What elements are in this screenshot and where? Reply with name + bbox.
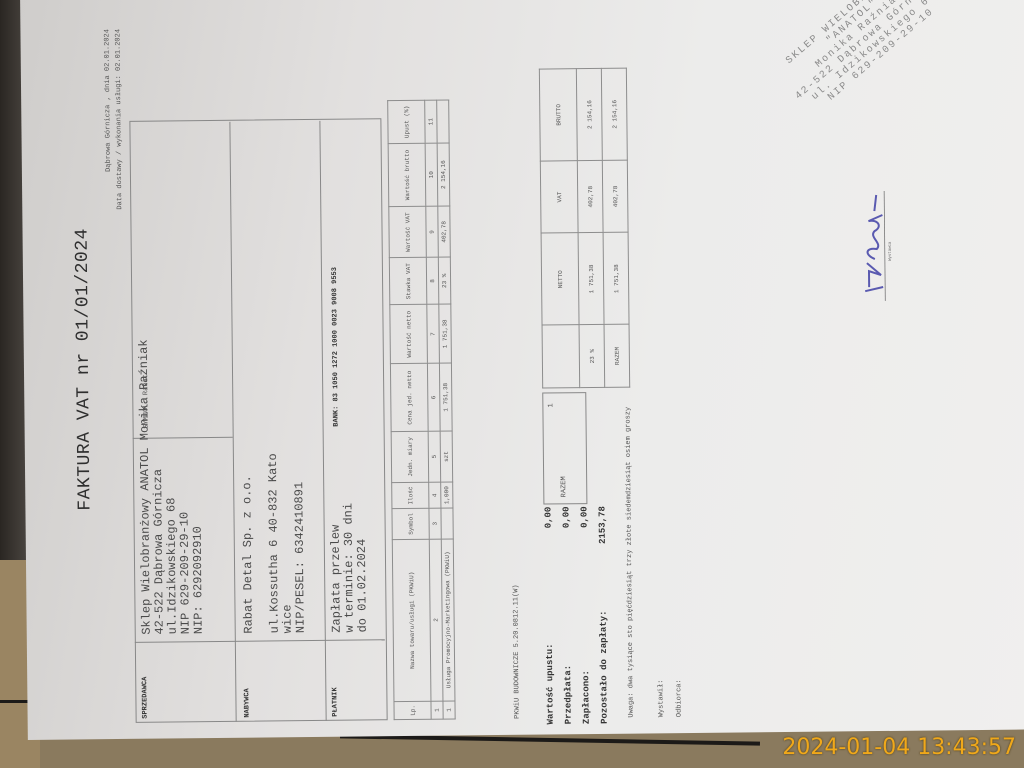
delivery-date: Data dostawy / wykonania usługi: 02.01.2… [113,29,126,210]
parties-label-column [135,639,386,723]
column-header: Symbol [392,509,429,540]
table-cell: szt [440,431,453,482]
column-header: BRUTTO [539,69,577,161]
pkwiu-note: PKWiU BUDOWNICZE 5.20.0812.11(W) [512,584,521,718]
column-number: 1 [431,701,443,719]
column-number: 10 [425,143,438,207]
invoice-paper: FAKTURA VAT nr 01/01/2024 Dąbrowa Górnic… [20,0,1024,740]
column-header: Ilość [392,482,429,509]
column-header: Lp. [394,701,431,719]
table-cell: 1 751,38 [439,363,452,431]
seller-label: SPRZEDAWCA [141,677,149,719]
column-header: Cena jed. netto [390,364,428,432]
column-header: Stawka VAT [389,258,426,305]
table-cell: 2 154,16 [576,68,602,160]
table-cell: 402,78 [577,160,603,233]
table-cell: 1 [443,701,455,719]
column-number: 9 [426,206,439,257]
column-number: 5 [428,431,441,482]
table-cell [441,508,453,539]
buyer-label: NABYWCA [243,688,251,717]
table-cell: 23 % [438,257,450,304]
column-number: 7 [427,304,440,363]
vat-left-box: RAZEM 1 [542,392,587,504]
totals-labels: Wartość upustu:Przedpłata:Zapłacono:Pozo… [545,610,618,724]
issuer-label: Wystawił: [657,679,665,717]
column-number: 4 [429,482,441,508]
totals-values: 0,000,000,002153,78 [543,506,615,545]
table-cell: 402,78 [602,160,628,233]
column-number: 6 [427,364,440,432]
payment-terms: Zapłata przeleww terminie: 30 dnido 01.0… [329,503,369,633]
seller-symbol: SYMBOL: Rabat [142,374,151,429]
recipient-label: Odbiorca: [675,679,683,717]
payer-label: PŁATNIK [331,687,339,716]
table-cell: 2 154,16 [601,68,627,160]
issue-metadata: Dąbrowa Górnicza , dnia 02.01.2024 Data … [102,29,126,210]
column-header: Jedn. miary [391,431,429,482]
column-header: NETTO [541,233,579,325]
table-cell [437,100,449,143]
table-cell: 1 751,38 [439,304,452,363]
column-header: Wartość brutto [388,143,426,207]
vat-summary-table: NETTOVATBRUTTO 23 %1 751,38402,782 154,1… [539,68,630,389]
column-header: Upust (%) [388,100,425,143]
column-header: Wartość VAT [389,207,427,258]
amount-in-words: Uwaga: dwa tysiące sto pięćdziesiąt trzy… [623,318,635,718]
table-cell: 1 751,38 [578,233,604,325]
photo-timestamp: 2024-01-04 13:43:57 [782,735,1016,760]
table-cell: 23 % [579,325,605,388]
column-header: Nazwa towaru/usługi (PKWiU) [392,539,431,702]
table-cell: 2 154,16 [437,143,450,207]
column-number: 3 [429,508,441,539]
column-number: 11 [425,100,437,143]
handwritten-signature: Wystawca [854,191,895,301]
desk-edge [340,734,760,745]
bank-account: BANK: 83 1050 1272 1000 0023 9008 9553 [331,267,341,427]
column-header: VAT [540,161,578,234]
svg-text:Wystawca: Wystawca [889,241,893,261]
table-cell: 1 751,38 [603,233,629,325]
table-cell: Usługa Promocyjno-Marketingowa (PKWiU) [441,539,455,701]
items-table: Lp.Nazwa towaru/usługi (PKWiU)SymbolIloś… [387,100,455,721]
company-stamp: SKLEP WIELOBRANŻOWY "ANATOL" Monika Raźn… [759,0,1024,194]
table-cell: 402,78 [438,206,451,257]
table-row: 23 %1 751,38402,782 154,16 [576,68,604,387]
invoice-document: FAKTURA VAT nr 01/01/2024 Dąbrowa Górnic… [60,3,688,729]
invoice-title: FAKTURA VAT nr 01/01/2024 [70,9,98,729]
table-cell: 1,000 [441,482,453,508]
buyer-address: Rabat Detal Sp. z o.o.ul.Kossutha 6 40-8… [241,453,308,634]
column-header: Wartość netto [390,304,428,364]
column-number: 8 [426,257,438,304]
